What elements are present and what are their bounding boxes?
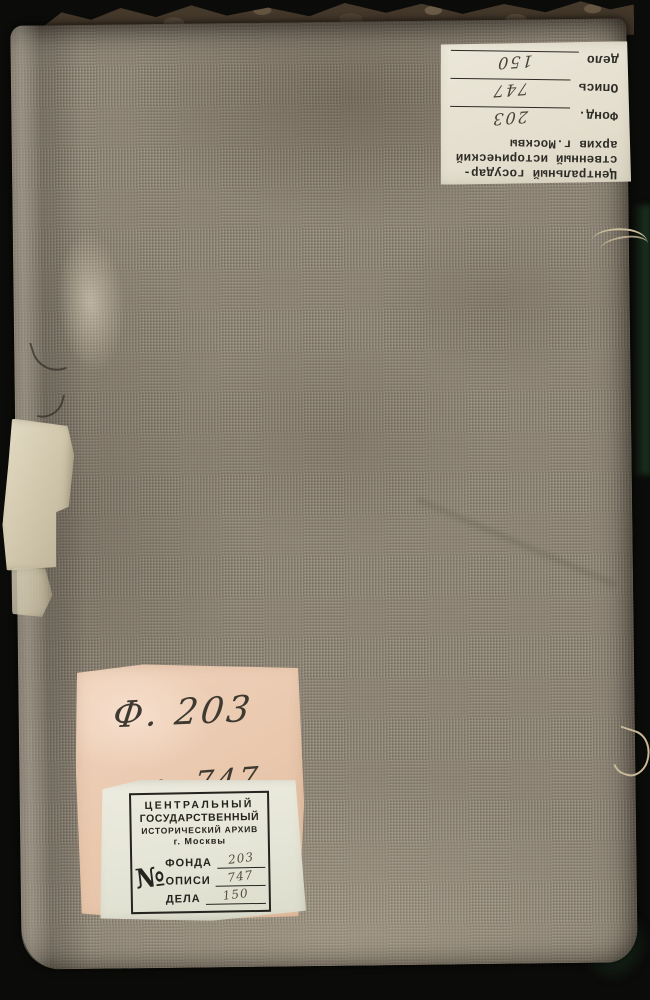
fond-field-line: 203 bbox=[450, 106, 570, 127]
fonda-line: 203 bbox=[217, 849, 266, 869]
opisi-line: 747 bbox=[216, 867, 266, 887]
delo-field-label: дело bbox=[587, 52, 619, 67]
stamp-org-line: г. Москвы bbox=[135, 835, 265, 848]
dela-row: ДЕЛА 150 bbox=[166, 886, 266, 906]
archival-book-photo: Центральный государ- ственный историческ… bbox=[0, 0, 650, 1000]
delo-field-line: 150 bbox=[451, 50, 579, 71]
archive-org-line: архив г.Москвы bbox=[449, 134, 617, 151]
fond-field: Фонд. 203 bbox=[450, 106, 618, 127]
archive-label-upside-down: Центральный государ- ственный историческ… bbox=[435, 39, 633, 188]
archive-org-line: ственный исторический bbox=[449, 149, 617, 166]
worn-fabric-patch bbox=[53, 230, 129, 374]
opis-field-label: Опись bbox=[578, 80, 618, 96]
opisi-label: ОПИСИ bbox=[165, 875, 210, 888]
archive-label-content: Центральный государ- ственный историческ… bbox=[435, 39, 633, 188]
fond-field-label: Фонд. bbox=[578, 108, 618, 124]
delo-field: дело 150 bbox=[451, 50, 619, 71]
opisi-value: 747 bbox=[227, 871, 254, 883]
opis-field: Опись 747 bbox=[450, 78, 618, 99]
archive-org-line: Центральный государ- bbox=[449, 164, 617, 181]
fond-field-value: 203 bbox=[491, 110, 528, 125]
dela-value: 150 bbox=[222, 889, 249, 901]
stamp-border-box: ЦЕНТРАЛЬНЫЙ ГОСУДАРСТВЕННЫЙ ИСТОРИЧЕСКИЙ… bbox=[129, 791, 271, 914]
dela-line: 150 bbox=[205, 885, 265, 905]
archive-stamp-label: ЦЕНТРАЛЬНЫЙ ГОСУДАРСТВЕННЫЙ ИСТОРИЧЕСКИЙ… bbox=[94, 777, 306, 923]
stamp-number-rows: № ФОНДА 203 ОПИСИ 747 ДЕЛА 150 bbox=[135, 850, 266, 906]
opis-field-line: 747 bbox=[450, 78, 570, 99]
delo-field-value: 150 bbox=[496, 54, 533, 69]
numero-sign: № bbox=[134, 864, 167, 893]
dela-label: ДЕЛА bbox=[166, 893, 201, 906]
fond-number-handwritten: Ф. 203 bbox=[111, 689, 256, 737]
opis-field-value: 747 bbox=[492, 82, 529, 97]
fonda-value: 203 bbox=[228, 853, 255, 865]
fabric-crease bbox=[416, 497, 617, 589]
stamp-fields: ФОНДА 203 ОПИСИ 747 ДЕЛА 150 bbox=[165, 850, 266, 906]
fonda-label: ФОНДА bbox=[165, 857, 212, 870]
